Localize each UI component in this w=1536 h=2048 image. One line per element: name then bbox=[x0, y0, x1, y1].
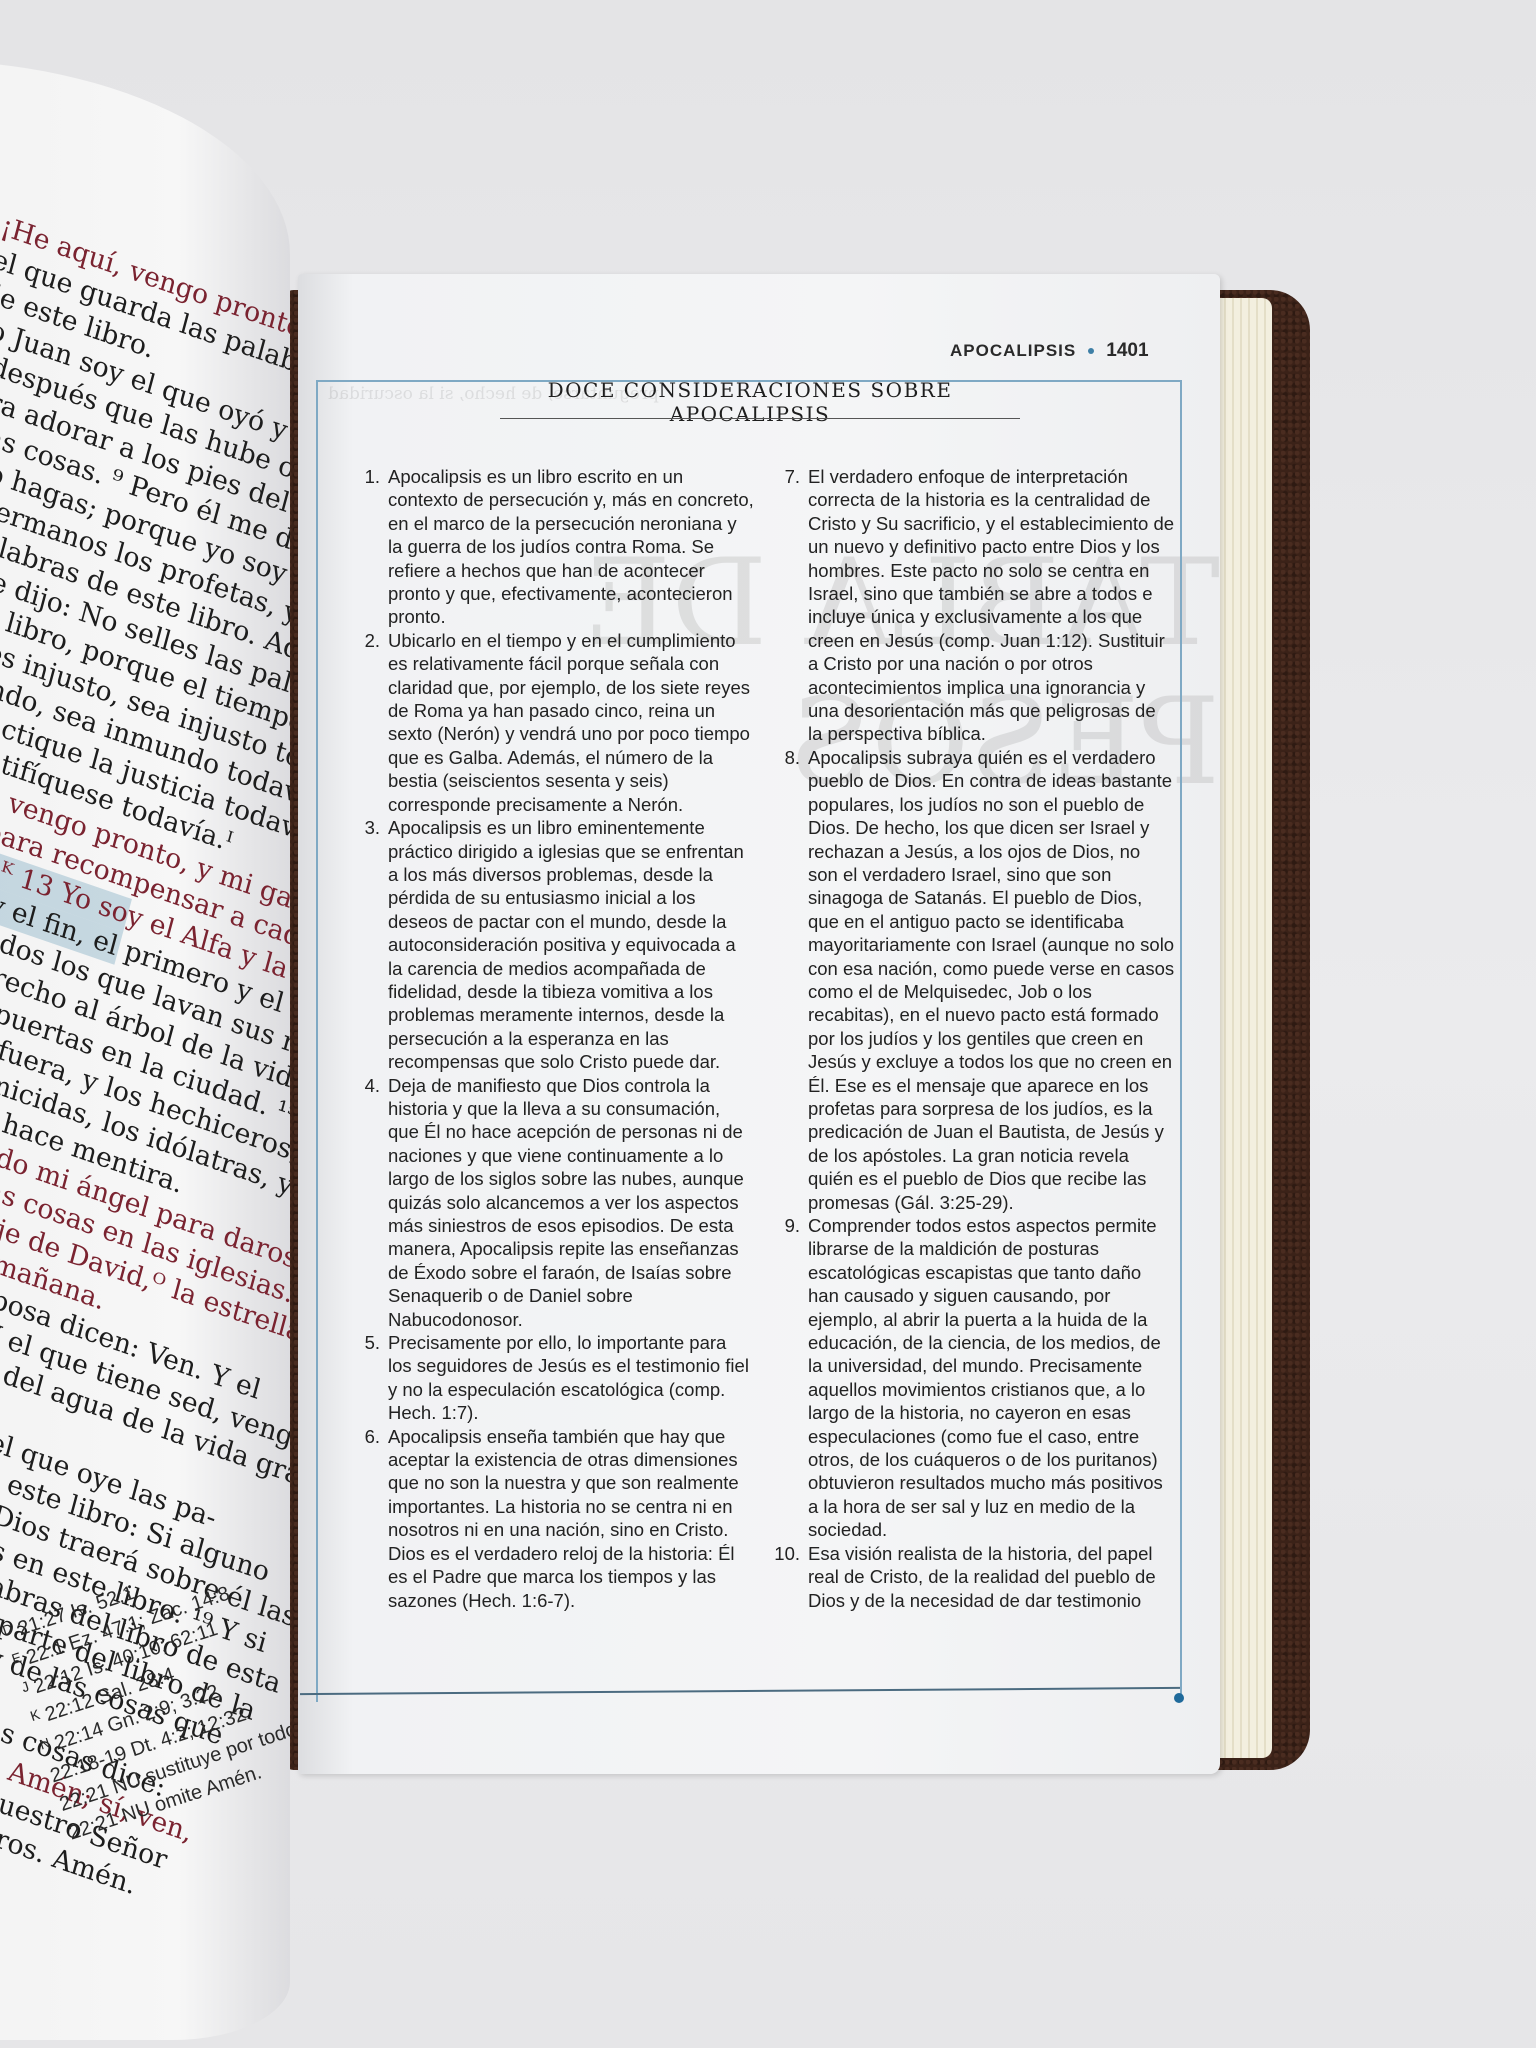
item-text: Comprender todos estos aspectos permite … bbox=[808, 1214, 1175, 1542]
item-number: 7. bbox=[770, 465, 808, 746]
item-text: Precisamente por ello, lo importante par… bbox=[388, 1331, 755, 1425]
running-head: APOCALIPSIS 1401 bbox=[950, 340, 1149, 362]
item-text: Apocalipsis es un libro escrito en un co… bbox=[388, 465, 755, 629]
item-number: 4. bbox=[350, 1074, 388, 1331]
item-number: 9. bbox=[770, 1214, 808, 1542]
item-text: Apocalipsis es un libro eminentemente pr… bbox=[388, 816, 755, 1073]
title-underline bbox=[500, 418, 1020, 419]
item-text: Ubicarlo en el tiempo y en el cumplimien… bbox=[388, 629, 755, 816]
item-text: Esa visión realista de la historia, del … bbox=[808, 1542, 1175, 1612]
item-number: 5. bbox=[350, 1331, 388, 1425]
item-number: 2. bbox=[350, 629, 388, 816]
item-text: El verdadero enfoque de interpretación c… bbox=[808, 465, 1175, 746]
consideration-item: 5.Precisamente por ello, lo importante p… bbox=[350, 1331, 755, 1425]
left-facing-page: ¡He aquí, vengo pronto! Bienaventuradoel… bbox=[0, 60, 290, 2040]
consideration-item: 8.Apocalipsis subraya quién es el verdad… bbox=[770, 746, 1175, 1214]
consideration-item: 3.Apocalipsis es un libro eminentemente … bbox=[350, 816, 755, 1073]
consideration-item: 9.Comprender todos estos aspectos permit… bbox=[770, 1214, 1175, 1542]
item-number: 3. bbox=[350, 816, 388, 1073]
sidebar-column-left: 1.Apocalipsis es un libro escrito en un … bbox=[350, 465, 755, 1612]
item-text: Apocalipsis enseña también que hay que a… bbox=[388, 1425, 755, 1612]
separator-dot-icon bbox=[1088, 348, 1094, 354]
consideration-item: 10.Esa visión realista de la historia, d… bbox=[770, 1542, 1175, 1612]
item-number: 10. bbox=[770, 1542, 808, 1612]
item-text: Apocalipsis subraya quién es el verdader… bbox=[808, 746, 1175, 1214]
item-text: Deja de manifiesto que Dios controla la … bbox=[388, 1074, 755, 1331]
sidebar-column-right: 7.El verdadero enfoque de interpretación… bbox=[770, 465, 1175, 1612]
consideration-item: 2.Ubicarlo en el tiempo y en el cumplimi… bbox=[350, 629, 755, 816]
item-number: 1. bbox=[350, 465, 388, 629]
consideration-item: 7.El verdadero enfoque de interpretación… bbox=[770, 465, 1175, 746]
consideration-item: 1.Apocalipsis es un libro escrito en un … bbox=[350, 465, 755, 629]
item-number: 6. bbox=[350, 1425, 388, 1612]
page-number: 1401 bbox=[1106, 340, 1148, 362]
item-number: 8. bbox=[770, 746, 808, 1214]
consideration-item: 6.Apocalipsis enseña también que hay que… bbox=[350, 1425, 755, 1612]
consideration-item: 4.Deja de manifiesto que Dios controla l… bbox=[350, 1074, 755, 1331]
accent-dot-icon bbox=[1174, 1693, 1184, 1703]
book-name: APOCALIPSIS bbox=[950, 341, 1076, 361]
